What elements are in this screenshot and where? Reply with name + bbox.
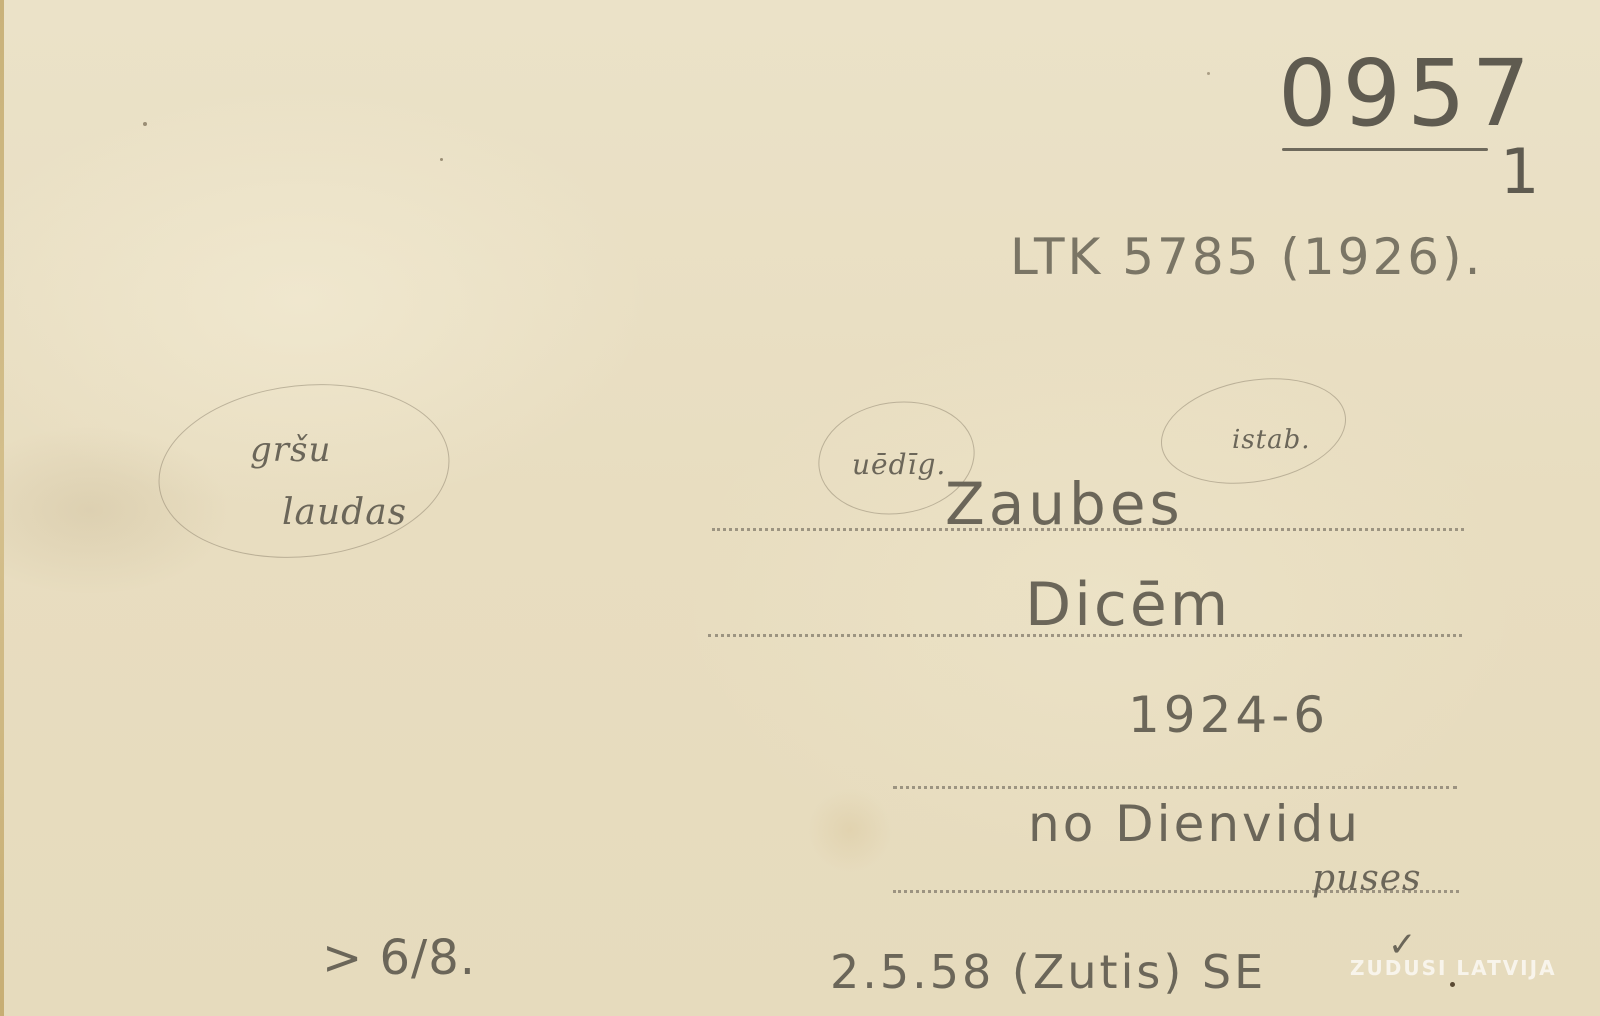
bottom-left-note: > 6/8. <box>322 930 476 986</box>
right-circle-note: istab. <box>1232 425 1311 455</box>
watermark: ZUDUSI LATVIJA <box>1350 956 1557 980</box>
catalog-subnumber: 1 <box>1500 135 1541 208</box>
left-circle <box>150 370 458 572</box>
archive-reference: LTK 5785 (1926). <box>1010 228 1484 286</box>
paper-speck <box>1207 72 1210 75</box>
archival-card: 0957 1 LTK 5785 (1926). gršu laudas uēdī… <box>0 0 1600 1016</box>
form-line-3-text: 1924-6 <box>1128 686 1329 744</box>
form-dotted-line-2 <box>708 634 1462 637</box>
paper-speck <box>440 158 443 161</box>
form-line-4-text: no Dienvidu <box>1028 795 1361 853</box>
form-dotted-line-1 <box>712 528 1464 531</box>
form-dotted-line-3 <box>893 786 1457 789</box>
left-note-line1: gršu <box>250 430 331 470</box>
catalog-underline <box>1282 148 1488 151</box>
left-note-line2: laudas <box>282 492 407 533</box>
catalog-number: 0957 <box>1278 40 1536 147</box>
card-edge <box>0 0 4 1016</box>
mid-circle-note: uēdīg. <box>852 448 946 481</box>
paper-speck <box>143 122 147 126</box>
bottom-note: 2.5.58 (Zutis) SE <box>830 945 1266 999</box>
form-dotted-line-4 <box>893 890 1459 893</box>
paper-speck <box>1450 982 1455 987</box>
form-line-2-text: Dicēm <box>1025 570 1231 640</box>
